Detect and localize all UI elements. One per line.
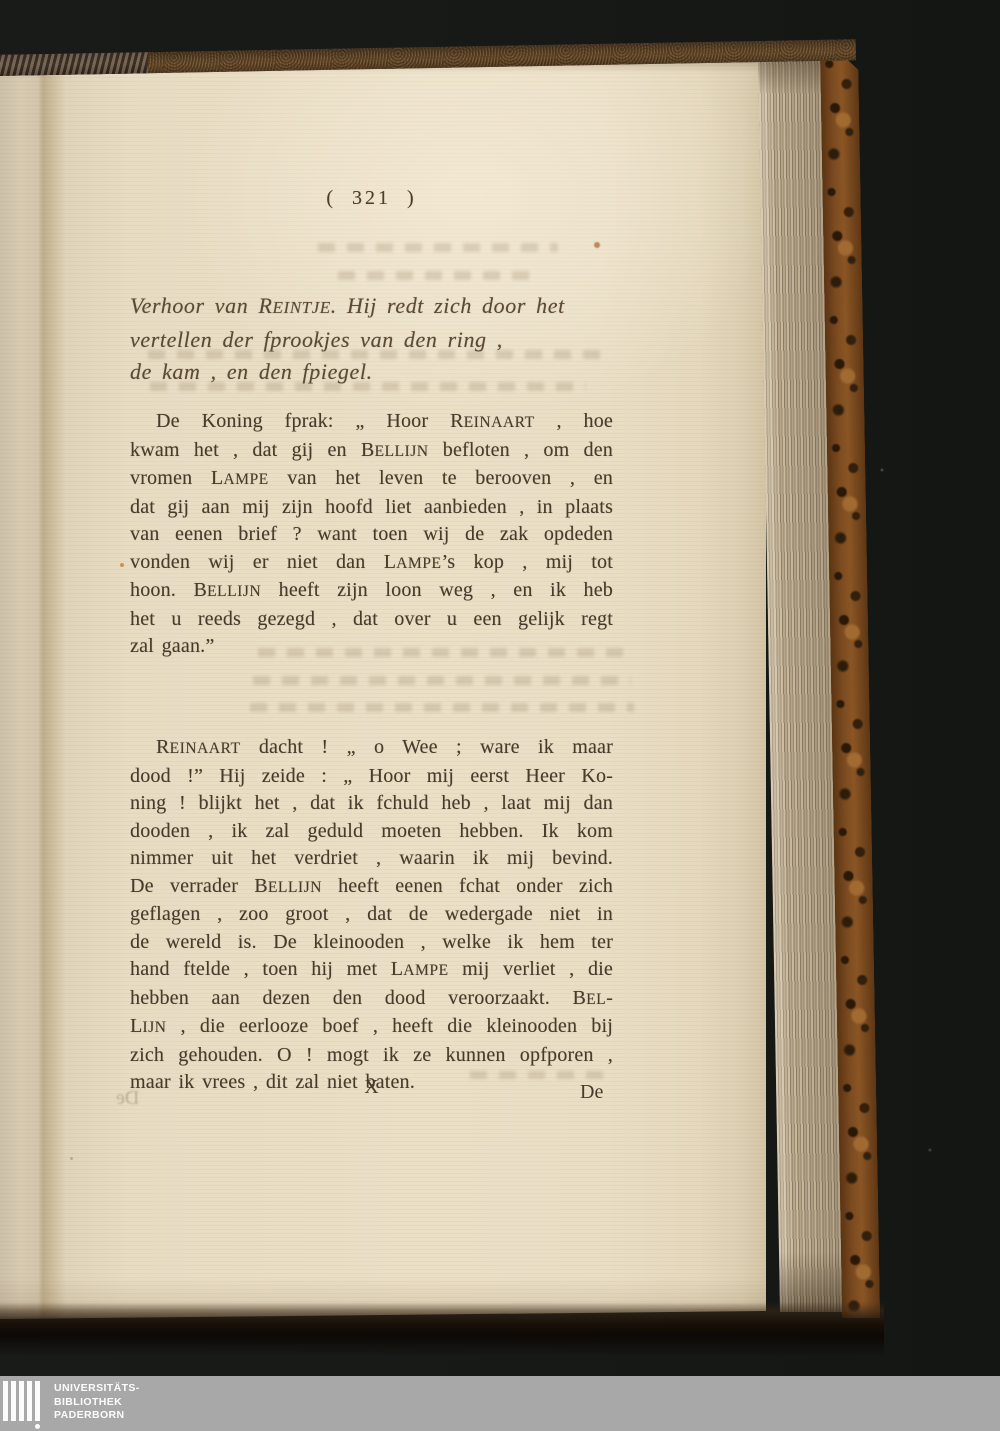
text-line: BIBLIOTHEK [54,1396,140,1410]
logo-bar [27,1381,32,1421]
book-right-side [758,50,900,1318]
library-name: UNIVERSITÄTS-BIBLIOTHEKPADERBORN [54,1382,140,1423]
book-page: De ( 321 ) Verhoor van REINTJE. Hij redt… [0,57,766,1319]
text-line: De verrader BELLIJN heeft eenen fchat on… [130,873,613,902]
text-line: hand ftelde , toen hij met LAMPE mij ver… [130,956,613,985]
text-line: LIJN , die eerlooze boef , heeft die kle… [130,1013,613,1042]
text-line: zich gehouden. O ! mogt ik ze kunnen opf… [130,1042,613,1070]
page-number: ( 321 ) [130,187,613,210]
scanned-book-photo: De ( 321 ) Verhoor van REINTJE. Hij redt… [0,0,1000,1431]
paragraph-reinaart-reply: REINAART dacht ! „ o Wee ; ware ik maard… [130,734,613,1097]
text-line: het u reeds gezegd , dat over u een geli… [130,606,613,634]
text-line: dat gij aan mij zijn hoofd liet aanbiede… [130,494,613,522]
catchword: De [580,1081,603,1104]
book-bottom-edge-shadow [0,1302,884,1356]
text-line: kwam het , dat gij en BELLIJN befloten ,… [130,437,613,466]
text-line: PADERBORN [54,1409,140,1423]
signature-mark: X [130,1076,613,1099]
text-line: UNIVERSITÄTS- [54,1382,140,1396]
text-line: de kam , en den fpiegel. [130,356,613,388]
text-line: vromen LAMPE van het leven te berooven ,… [130,465,613,494]
text-line: dood !” Hij zeide : „ Hoor mij eerst Hee… [130,763,613,791]
logo-bar [3,1381,8,1421]
logo-bar [35,1381,40,1421]
text-line: Verhoor van REINTJE. Hij redt zich door … [130,290,613,324]
library-watermark-banner: UNIVERSITÄTS-BIBLIOTHEKPADERBORN [0,1376,1000,1431]
text-line: van eenen brief ? want toen wij de zak o… [130,521,613,549]
text-line: REINAART dacht ! „ o Wee ; ware ik maar [130,734,613,763]
text-line: geflagen , zoo groot , dat de wedergade … [130,901,613,929]
foxing-spot [120,563,124,567]
logo-bar [11,1381,16,1421]
text-line: hebben aan dezen den dood veroorzaakt. B… [130,985,613,1014]
foxing-spot [70,1157,73,1160]
text-line: De Koning fprak: „ Hoor REINAART , hoe [130,408,613,437]
page-surface: De ( 321 ) Verhoor van REINTJE. Hij redt… [0,57,766,1319]
text-line: de wereld is. De kleinooden , welke ik h… [130,929,613,957]
book-headband [0,52,148,76]
logo-bar [19,1381,24,1421]
text-line: dooden , ik zal geduld moeten hebben. Ik… [130,818,613,846]
paderborn-library-logo-icon [3,1381,43,1423]
text-line: hoon. BELLIJN heeft zijn loon weg , en i… [130,577,613,606]
text-line: nimmer uit het verdriet , waarin ik mij … [130,845,613,873]
text-block: ( 321 ) Verhoor van REINTJE. Hij redt zi… [130,57,613,1319]
text-line: ning ! blijkt het , dat ik fchuld heb , … [130,790,613,818]
text-line: vertellen der fprookjes van den ring , [130,324,613,356]
text-line: zal gaan.” [130,633,613,661]
logo-dot [35,1424,40,1429]
paragraph-king-speech: De Koning fprak: „ Hoor REINAART , hoekw… [130,408,613,661]
chapter-heading: Verhoor van REINTJE. Hij redt zich door … [130,290,613,388]
text-line: vonden wij er niet dan LAMPE’s kop , mij… [130,549,613,578]
